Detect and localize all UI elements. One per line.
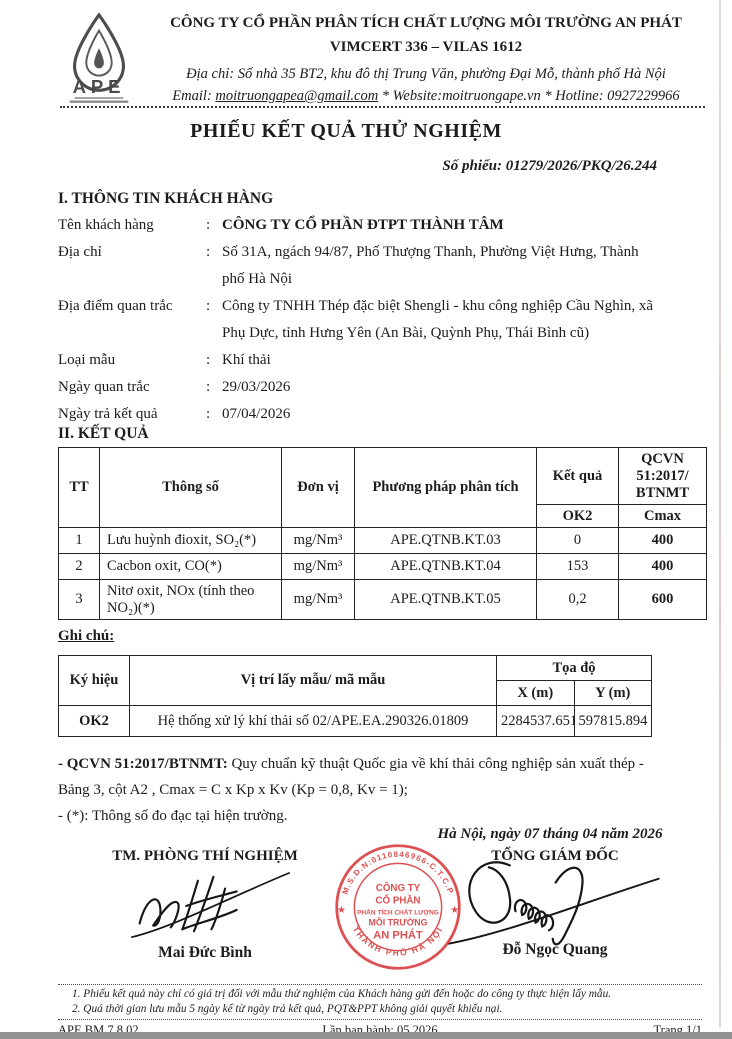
cell-symbol: OK2 [59, 706, 130, 737]
cell-method: APE.QTNB.KT.03 [355, 528, 537, 554]
signature-date-line: Hà Nội, ngày 07 tháng 04 năm 2026 [400, 826, 700, 843]
footer-notes: 1. Phiếu kết quả này chỉ có giá trị đối … [58, 984, 702, 1020]
results-table: TT Thông số Đơn vị Phương pháp phân tích… [58, 447, 707, 620]
subheader-y: Y (m) [574, 681, 652, 706]
info-label: Tên khách hàng [58, 212, 206, 239]
footer-note-1: 1. Phiếu kết quả này chỉ có giá trị đối … [72, 987, 702, 1002]
signature-name-director: Đỗ Ngọc Quang [420, 941, 690, 959]
info-row-result-date: Ngày trả kết quả : 07/04/2026 [58, 401, 658, 428]
info-label: Ngày trả kết quả [58, 401, 206, 428]
info-colon: : [206, 374, 222, 401]
customer-info: Tên khách hàng : CÔNG TY CỔ PHẦN ĐTPT TH… [58, 212, 658, 428]
cell-result: 0 [537, 528, 619, 554]
info-value: CÔNG TY CỔ PHẦN ĐTPT THÀNH TÂM [222, 212, 658, 239]
table-row: 1 Lưu huỳnh đioxit, SO₂(*) mg/Nm³ APE.QT… [59, 528, 707, 554]
signature-name-lab: Mai Đức Bình [95, 944, 315, 962]
cell-parameter: Nitơ oxit, NOx (tính theo NO₂)(*) [100, 580, 282, 620]
company-address: Địa chỉ: Số nhà 35 BT2, khu đô thị Trung… [147, 63, 705, 85]
info-value: Công ty TNHH Thép đặc biệt Shengli - khu… [222, 293, 658, 347]
logo-text: APE [73, 76, 126, 97]
cell-method: APE.QTNB.KT.04 [355, 554, 537, 580]
document-number: Số phiếu: 01279/2026/PKQ/26.244 [442, 158, 657, 175]
logo-tagline-line [70, 101, 129, 103]
stamp-line5: AN PHÁT [373, 929, 423, 942]
notes-heading: Ghi chú: [58, 628, 114, 645]
info-colon: : [206, 347, 222, 374]
col-header-result: Kết quả [537, 448, 619, 505]
stamp-line3: PHÂN TÍCH CHẤT LƯỢNG [357, 906, 439, 916]
company-email-link: moitruongapea@gmail.com [215, 88, 378, 104]
cell-cmax: 400 [619, 528, 707, 554]
logo-tagline-line [75, 97, 124, 99]
results-header-row: TT Thông số Đơn vị Phương pháp phân tích… [59, 448, 707, 505]
company-contact: Email: moitruongapea@gmail.com * Website… [147, 85, 705, 107]
company-logo: APE [55, 8, 147, 113]
cell-tt: 3 [59, 580, 100, 620]
cell-cmax: 400 [619, 554, 707, 580]
scan-edge-artifact [719, 0, 721, 1027]
cell-unit: mg/Nm³ [282, 528, 355, 554]
cell-x: 2284537.651 [497, 706, 575, 737]
remarks-block: - QCVN 51:2017/BTNMT: Quy chuẩn kỹ thuật… [58, 751, 658, 829]
location-header-row: Ký hiệu Vị trí lấy mẫu/ mã mẫu Tọa độ [59, 656, 652, 681]
col-header-coordinates: Tọa độ [497, 656, 652, 681]
info-colon: : [206, 293, 222, 347]
info-label: Địa chỉ [58, 239, 206, 293]
cell-method: APE.QTNB.KT.05 [355, 580, 537, 620]
col-header-unit: Đơn vị [282, 448, 355, 528]
stamp-star-right: ★ [450, 905, 459, 915]
info-value: 29/03/2026 [222, 374, 658, 401]
company-certification: VIMCERT 336 – VILAS 1612 [147, 35, 705, 59]
info-colon: : [206, 239, 222, 293]
info-row-monitoring-site: Địa điểm quan trắc : Công ty TNHH Thép đ… [58, 293, 658, 347]
section-customer-heading: I. THÔNG TIN KHÁCH HÀNG [58, 190, 273, 208]
water-drop-logo-icon: APE [55, 8, 143, 108]
info-label: Loại mẫu [58, 347, 206, 374]
document-title: PHIẾU KẾT QUẢ THỬ NGHIỆM [0, 120, 692, 143]
col-header-method: Phương pháp phân tích [355, 448, 537, 528]
stamp-star-left: ★ [337, 905, 346, 915]
stamp-line4: MÔI TRƯỜNG [369, 917, 428, 928]
subheader-sample-code: OK2 [537, 505, 619, 528]
cell-tt: 1 [59, 528, 100, 554]
info-row-customer-name: Tên khách hàng : CÔNG TY CỔ PHẦN ĐTPT TH… [58, 212, 658, 239]
info-row-sample-type: Loại mẫu : Khí thải [58, 347, 658, 374]
table-row: 3 Nitơ oxit, NOx (tính theo NO₂)(*) mg/N… [59, 580, 707, 620]
subheader-x: X (m) [497, 681, 575, 706]
cell-parameter: Lưu huỳnh đioxit, SO₂(*) [100, 528, 282, 554]
cell-location: Hệ thống xử lý khí thải số 02/APE.EA.290… [130, 706, 497, 737]
document-header: APE CÔNG TY CỔ PHẦN PHÂN TÍCH CHẤT LƯỢNG… [55, 8, 705, 113]
col-header-symbol: Ký hiệu [59, 656, 130, 706]
company-info-block: CÔNG TY CỔ PHẦN PHÂN TÍCH CHẤT LƯỢNG MÔI… [147, 8, 705, 113]
document-page: APE CÔNG TY CỔ PHẦN PHÂN TÍCH CHẤT LƯỢNG… [0, 0, 732, 1039]
col-header-tt: TT [59, 448, 100, 528]
cell-result: 0,2 [537, 580, 619, 620]
info-colon: : [206, 401, 222, 428]
section-results-heading: II. KẾT QUẢ [58, 425, 149, 443]
table-row: 2 Cacbon oxit, CO(*) mg/Nm³ APE.QTNB.KT.… [59, 554, 707, 580]
page-footer: 1. Phiếu kết quả này chỉ có giá trị đối … [58, 984, 702, 1038]
info-value: Số 31A, ngách 94/87, Phố Thượng Thanh, P… [222, 239, 658, 293]
col-header-parameter: Thông số [100, 448, 282, 528]
info-row-monitoring-date: Ngày quan trắc : 29/03/2026 [58, 374, 658, 401]
stamp-line1: CÔNG TY [376, 882, 421, 894]
cell-tt: 2 [59, 554, 100, 580]
info-colon: : [206, 212, 222, 239]
info-value: Khí thải [222, 347, 658, 374]
scan-bottom-strip [0, 1032, 732, 1039]
info-value: 07/04/2026 [222, 401, 658, 428]
email-label: Email: [172, 88, 211, 104]
subheader-cmax: Cmax [619, 505, 707, 528]
company-name: CÔNG TY CỔ PHẦN PHÂN TÍCH CHẤT LƯỢNG MÔI… [147, 12, 705, 35]
remark-qcvn-label: - QCVN 51:2017/BTNMT: [58, 756, 228, 772]
cell-unit: mg/Nm³ [282, 554, 355, 580]
cell-parameter: Cacbon oxit, CO(*) [100, 554, 282, 580]
signature-title-lab: TM. PHÒNG THÍ NGHIỆM [95, 848, 315, 865]
info-row-address: Địa chỉ : Số 31A, ngách 94/87, Phố Thượn… [58, 239, 658, 293]
cell-cmax: 600 [619, 580, 707, 620]
table-row: OK2 Hệ thống xử lý khí thải số 02/APE.EA… [59, 706, 652, 737]
lab-manager-signature [128, 866, 293, 946]
sample-location-table: Ký hiệu Vị trí lấy mẫu/ mã mẫu Tọa độ X … [58, 655, 652, 737]
cell-y: 597815.894 [574, 706, 652, 737]
header-divider [60, 106, 705, 108]
info-label: Địa điểm quan trắc [58, 293, 206, 347]
cell-result: 153 [537, 554, 619, 580]
info-label: Ngày quan trắc [58, 374, 206, 401]
col-header-location: Vị trí lấy mẫu/ mã mẫu [130, 656, 497, 706]
col-header-qcvn: QCVN 51:2017/ BTNMT [619, 448, 707, 505]
footer-note-2: 2. Quá thời gian lưu mẫu 5 ngày kể từ ng… [72, 1002, 702, 1017]
cell-unit: mg/Nm³ [282, 580, 355, 620]
stamp-line2: CỔ PHẦN [376, 894, 421, 906]
company-contact-tail: * Website:moitruongape.vn * Hotline: 092… [382, 88, 680, 104]
